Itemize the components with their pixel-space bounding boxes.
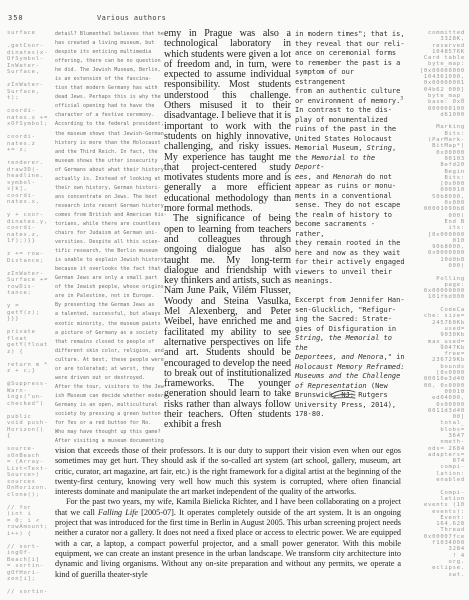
bottom-full-width-section: vision that exceeds those of their profe… <box>55 446 401 580</box>
right-margin-log-column: committed 3328K, reserved 1048576K Card … <box>400 30 465 578</box>
left-margin-code-column: surface .getCoor- dinates(x- OfSymbol- I… <box>7 30 55 596</box>
column-holocaust-memory-text: in modern times"; that is, they reveal t… <box>295 30 408 420</box>
paragraph-significance: The significance of being open to learni… <box>164 214 291 430</box>
running-head: Various authors <box>97 14 166 22</box>
scribble-doodle-icon <box>329 387 357 401</box>
paragraph-art-system: vision that exceeds those of their profe… <box>55 446 401 497</box>
paragraph-falling-life: For the past two years, my wife, Kamila … <box>55 497 401 579</box>
book-page: 350 Various authors surface .getCoor- di… <box>0 0 469 600</box>
paragraph-continuation: emy in Prague was also a technological l… <box>164 29 291 214</box>
column-education-text: emy in Prague was also a technological l… <box>164 29 291 431</box>
column-jewish-museum-text: detail? Blumenthal believes that he has … <box>55 30 165 446</box>
page-number: 350 <box>8 14 24 22</box>
